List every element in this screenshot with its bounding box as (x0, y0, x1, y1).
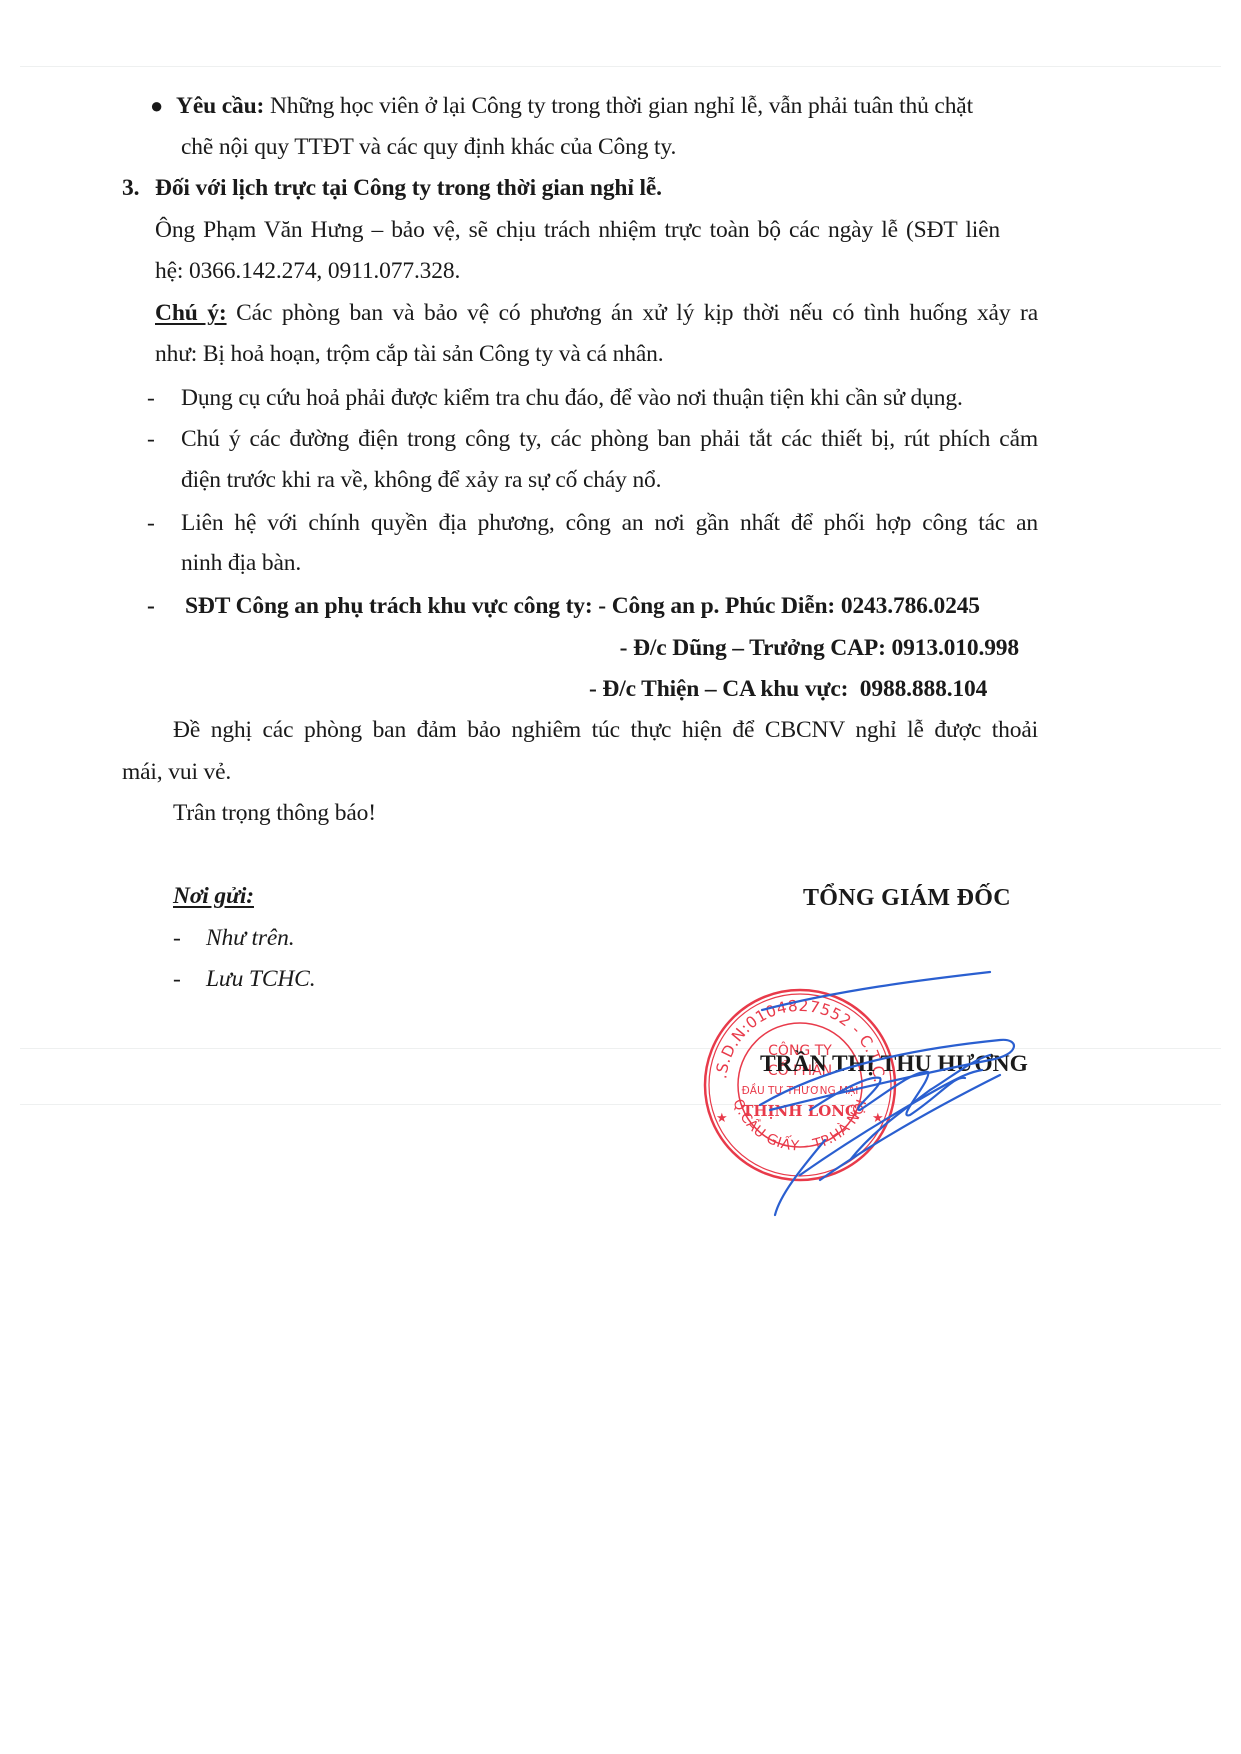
dash-marker: - (147, 508, 155, 538)
requirement-label: Yêu cầu: (176, 93, 264, 119)
signatory-title: TỔNG GIÁM ĐỐC (803, 883, 1011, 913)
contact-entry: - Đ/c Thiện – CA khu vực: 0988.888.104 (589, 674, 987, 704)
contact-name: Công an p. Phúc Diễn: (612, 593, 835, 619)
recipients-label: Nơi gửi: (173, 881, 254, 911)
signatory-name: TRẦN THỊ THU HƯƠNG (760, 1049, 1028, 1079)
closing-line-1: Đề nghị các phòng ban đảm bảo nghiêm túc… (173, 715, 1038, 745)
contact-entry-prefix: - (589, 676, 602, 702)
police-contacts-intro: -SĐT Công an phụ trách khu vực công ty: … (147, 591, 980, 621)
dash-marker: - (147, 424, 155, 454)
section-number: 3. (122, 173, 155, 203)
contact-name: Đ/c Thiện – CA khu vực: (602, 676, 848, 702)
note-label: Chú ý: (155, 300, 227, 326)
contact-phone: 0913.010.998 (892, 635, 1019, 661)
duty-paragraph-line-2: hệ: 0366.142.274, 0911.077.328. (155, 256, 460, 286)
section-3-heading: 3.Đối với lịch trực tại Công ty trong th… (122, 173, 662, 203)
scan-artifact-line (20, 66, 1221, 67)
note-text: Các phòng ban và bảo vệ có phương án xử … (227, 300, 1038, 326)
dash-marker: - (147, 383, 155, 413)
dash-marker: - (173, 923, 206, 953)
contact-entry: - Đ/c Dũng – Trưởng CAP: 0913.010.998 (620, 633, 1019, 663)
contact-entry-prefix: - (620, 635, 633, 661)
list-item-text-cont: ninh địa bàn. (181, 548, 301, 578)
stamp-star-icon: ★ (872, 1111, 884, 1126)
stamp-star-icon: ★ (716, 1111, 728, 1126)
section-title: Đối với lịch trực tại Công ty trong thời… (155, 175, 662, 201)
stamp-center-line: THỊNH LONG (742, 1102, 858, 1120)
requirement-text: Những học viên ở lại Công ty trong thời … (264, 93, 973, 119)
closing-line-2: mái, vui vẻ. (122, 757, 231, 787)
note-line-2: như: Bị hoả hoạn, trộm cắp tài sản Công … (155, 339, 663, 369)
dash-marker: - (173, 964, 206, 994)
recipient-text: Lưu TCHC. (206, 966, 315, 992)
contact-phone: 0988.888.104 (860, 676, 987, 702)
closing-regards: Trân trọng thông báo! (173, 798, 376, 828)
recipient-item: -Như trên. (173, 923, 295, 953)
list-item-text-cont: điện trước khi ra về, không để xảy ra sự… (181, 465, 661, 495)
duty-paragraph-line-1: Ông Phạm Văn Hưng – bảo vệ, sẽ chịu trác… (155, 215, 1000, 245)
recipient-item: -Lưu TCHC. (173, 964, 315, 994)
list-item-text: Chú ý các đường điện trong công ty, các … (181, 424, 1038, 454)
contact-phone: 0243.786.0245 (841, 593, 980, 619)
contact-entry-prefix: - (598, 593, 611, 619)
dash-marker: - (147, 591, 185, 621)
scan-artifact-line (20, 1104, 1221, 1105)
company-stamp: M.S.D.N:0104827552 - C.T.C.P Q.CẦU GIẤY … (702, 987, 898, 1183)
requirement-line-2: chẽ nội quy TTĐT và các quy định khác củ… (181, 132, 676, 162)
bullet-icon: ● (150, 91, 163, 121)
recipient-text: Như trên. (206, 925, 295, 951)
list-item-text: Dụng cụ cứu hoả phải được kiểm tra chu đ… (181, 383, 963, 413)
contact-name: Đ/c Dũng – Trưởng CAP: (633, 635, 886, 661)
police-contacts-label: SĐT Công an phụ trách khu vực công ty: (185, 593, 593, 619)
stamp-center-line: ĐẦU TƯ THƯƠNG MẠI (742, 1083, 859, 1097)
list-item-text: Liên hệ với chính quyền địa phương, công… (181, 508, 1038, 538)
requirement-line-1: ● Yêu cầu: Những học viên ở lại Công ty … (168, 91, 1038, 121)
scan-artifact-line (20, 1048, 1221, 1049)
note-line-1: Chú ý: Các phòng ban và bảo vệ có phương… (155, 298, 1038, 328)
